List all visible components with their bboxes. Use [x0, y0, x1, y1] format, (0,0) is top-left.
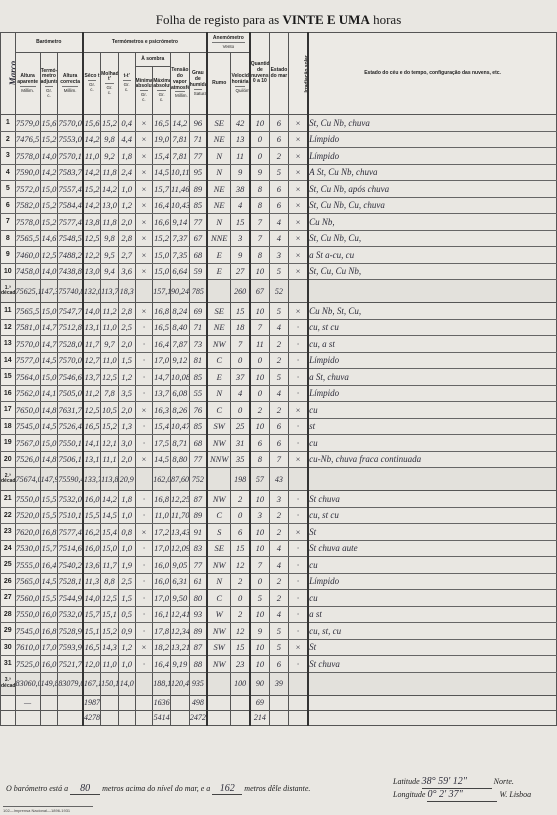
molh-cell: 11,0	[101, 352, 119, 369]
molh-cell: 11,2	[101, 303, 119, 320]
max-sum: 1636	[153, 695, 171, 710]
day-cell: 27	[1, 590, 16, 607]
molh-cell: 11,7	[101, 557, 119, 574]
irr-cell: ×	[288, 115, 308, 132]
diff-cell: 1,5	[118, 352, 135, 369]
hum-total: 785	[189, 280, 207, 303]
term-cell: 14,6	[40, 230, 58, 247]
irr-cell: ·	[288, 557, 308, 574]
seco-cell: 11,7	[83, 336, 101, 353]
term-total: 147,9	[40, 468, 58, 491]
hum-cell: 77	[189, 557, 207, 574]
day-cell: 24	[1, 540, 16, 557]
table-row: 117565,515,07547,714,011,22,8×16,88,2469…	[1, 303, 557, 320]
max-cell: 16,8	[153, 303, 171, 320]
mar-cell: 2	[270, 507, 289, 524]
vel-total: 260	[231, 280, 250, 303]
rumo-cell: C	[207, 507, 231, 524]
vel-sum	[231, 710, 250, 725]
min-cell: ·	[135, 336, 153, 353]
term-cell: 15,2	[40, 197, 58, 214]
tensao-cell: 9,12	[170, 352, 189, 369]
day-cell: 22	[1, 507, 16, 524]
table-row: 177650,014,87631,712,510,52,0×16,38,2676…	[1, 402, 557, 419]
altura-correcta-header: Altura correctaMillim.	[58, 53, 83, 115]
molh-cell: 12,1	[101, 435, 119, 452]
hum-cell: 87	[189, 491, 207, 508]
alt-corr-cell: 7532,0	[58, 606, 83, 623]
tensao-cell: 13,43	[170, 524, 189, 541]
day-cell: 25	[1, 557, 16, 574]
day-cell: 7	[1, 214, 16, 231]
term-cell: 14,8	[40, 451, 58, 468]
diff-cell: 2,0	[118, 214, 135, 231]
term-cell: 16,4	[40, 557, 58, 574]
seco-sum: 1987	[83, 695, 101, 710]
tensao-cell: 7,87	[170, 336, 189, 353]
altura-aparente-header: Altura aparenteMillim.	[15, 53, 40, 115]
mar-cell: 2	[270, 402, 289, 419]
rumo-cell: SE	[207, 303, 231, 320]
desc-cell: cu	[308, 402, 556, 419]
term-cell: 15,5	[40, 491, 58, 508]
hum-cell: 88	[189, 656, 207, 673]
table-row: 307610,017,07593,916,514,31,2×18,213,218…	[1, 639, 557, 656]
irr-total	[288, 672, 308, 695]
decade-label: 3.ª década	[1, 672, 16, 695]
table-row: 187545,014,57526,416,515,21,3·15,410,478…	[1, 418, 557, 435]
mar-cell: 4	[270, 606, 289, 623]
rumo-cell: N	[207, 164, 231, 181]
molh-cell: 9,8	[101, 230, 119, 247]
tensao-cell: 8,40	[170, 319, 189, 336]
min-cell: ×	[135, 639, 153, 656]
rumo-cell: C	[207, 402, 231, 419]
table-row: 197567,015,07550,114,112,13,0·17,58,7168…	[1, 435, 557, 452]
nuv-total: 57	[250, 468, 270, 491]
alt-corr-cell: 7577,4	[58, 524, 83, 541]
desc-total	[308, 672, 556, 695]
min-cell: ×	[135, 263, 153, 280]
rumo-cell: E	[207, 247, 231, 264]
alt-ap-cell: 7476,5	[15, 131, 40, 148]
hum-cell: 96	[189, 115, 207, 132]
tensao-cell: 9,50	[170, 590, 189, 607]
vel-cell: 25	[231, 418, 250, 435]
term-cell: 14,5	[40, 573, 58, 590]
irr-cell: ×	[288, 131, 308, 148]
mar-cell: 4	[270, 385, 289, 402]
alt-ap-cell: 7650,0	[15, 402, 40, 419]
day-cell: 3	[1, 148, 16, 165]
desc-cell: st	[308, 418, 556, 435]
diff-header: t-t'Gr. c.	[118, 53, 135, 115]
molh-cell: 11,8	[101, 214, 119, 231]
vel-cell: 4	[231, 197, 250, 214]
seco-cell: 12,2	[83, 247, 101, 264]
vel-cell: 7	[231, 336, 250, 353]
desc-cell: St, Cu Nb, após chuva	[308, 181, 556, 198]
alt-ap-sum: —	[15, 695, 40, 710]
table-row: 17579,015,67570,015,615,20,4×16,514,296S…	[1, 115, 557, 132]
alt-ap-cell: 7560,0	[15, 590, 40, 607]
term-cell: 12,5	[40, 247, 58, 264]
diff-cell: 1,8	[118, 491, 135, 508]
hum-cell: 87	[189, 639, 207, 656]
seco-cell: 15,5	[83, 507, 101, 524]
rumo-cell: NNW	[207, 451, 231, 468]
vel-cell: 2	[231, 573, 250, 590]
vel-cell: 37	[231, 369, 250, 386]
day-cell: 1	[1, 115, 16, 132]
rumo-cell: C	[207, 590, 231, 607]
alt-corr-cell: 7550,1	[58, 435, 83, 452]
tensao-cell: 6,08	[170, 385, 189, 402]
alt-ap-cell: 7550,0	[15, 606, 40, 623]
max-cell: 17,0	[153, 352, 171, 369]
day-cell: 11	[1, 303, 16, 320]
nuv-cell: 11	[250, 336, 270, 353]
molh-cell: 12,5	[101, 369, 119, 386]
term-cell: 14,1	[40, 385, 58, 402]
term-cell: 15,5	[40, 507, 58, 524]
min-cell: ×	[135, 247, 153, 264]
tensao-cell: 8,80	[170, 451, 189, 468]
sum-row: 427854142472214	[1, 710, 557, 725]
max-total: 157,1	[153, 280, 171, 303]
mar-cell: 5	[270, 639, 289, 656]
max-cell: 17,5	[153, 435, 171, 452]
tensao-cell: 14,2	[170, 115, 189, 132]
irr-cell: ·	[288, 319, 308, 336]
nuv-cell: 8	[250, 451, 270, 468]
diff-cell: 1,0	[118, 181, 135, 198]
alt-ap-cell: 7550,0	[15, 491, 40, 508]
rumo-total	[207, 672, 231, 695]
alt-corr-cell: 7544,9	[58, 590, 83, 607]
irr-cell: ×	[288, 164, 308, 181]
irr-cell: ·	[288, 606, 308, 623]
desc-cell: cu, st cu	[308, 319, 556, 336]
alt-ap-cell: 7590,0	[15, 164, 40, 181]
seco-cell: 12,5	[83, 402, 101, 419]
max-cell: 16,0	[153, 557, 171, 574]
term-cell: 15,6	[40, 115, 58, 132]
alt-corr-cell: 7583,7	[58, 164, 83, 181]
max-cell: 14,7	[153, 369, 171, 386]
day-cell: 6	[1, 197, 16, 214]
rumo-cell: NE	[207, 181, 231, 198]
tensao-header: Tensão do vapor atmosféricoMillim.	[170, 53, 189, 115]
irr-cell: ×	[288, 524, 308, 541]
irr-cell: ·	[288, 369, 308, 386]
alt-ap-total: 75625,15	[15, 280, 40, 303]
min-cell: ×	[135, 164, 153, 181]
irr-total	[288, 468, 308, 491]
irr-cell: ×	[288, 402, 308, 419]
diff-cell: 1,2	[118, 197, 135, 214]
molh-cell: 9,4	[101, 263, 119, 280]
alt-corr-cell: 7514,6	[58, 540, 83, 557]
diff-sum	[118, 695, 135, 710]
seco-cell: 15,2	[83, 181, 101, 198]
rumo-cell: N	[207, 214, 231, 231]
mar-cell: 6	[270, 181, 289, 198]
table-row: 77578,015,27577,413,811,82,0×16,69,1477N…	[1, 214, 557, 231]
rumo-cell: NW	[207, 557, 231, 574]
table-row: 127581,014,77512,813,111,02,5·16,58,4071…	[1, 319, 557, 336]
term-cell: 15,5	[40, 590, 58, 607]
hum-cell: 80	[189, 590, 207, 607]
max-cell: 17,0	[153, 590, 171, 607]
molh-cell: 11,0	[101, 656, 119, 673]
min-cell: ·	[135, 491, 153, 508]
seco-cell: 12,5	[83, 230, 101, 247]
vel-cell: 27	[231, 263, 250, 280]
max-cell: 17,0	[153, 540, 171, 557]
diff-cell: 0,8	[118, 524, 135, 541]
diff-cell: 3,5	[118, 385, 135, 402]
nuv-cell: 7	[250, 319, 270, 336]
max-cell: 15,2	[153, 230, 171, 247]
alt-corr-cell: 7548,5	[58, 230, 83, 247]
seco-cell: 16,0	[83, 491, 101, 508]
tensao-cell: 12,25	[170, 491, 189, 508]
diff-total: 20,9	[118, 468, 135, 491]
min-cell: ·	[135, 623, 153, 640]
term-sum	[40, 710, 58, 725]
alt-corr-cell: 7631,7	[58, 402, 83, 419]
mar-cell: 4	[270, 540, 289, 557]
day-cell: 2	[1, 131, 16, 148]
seco-cell: 11,0	[83, 148, 101, 165]
day-cell: 5	[1, 181, 16, 198]
hum-cell: 67	[189, 230, 207, 247]
page-title: Folha de registo para as VINTE E UMA hor…	[0, 12, 557, 28]
alt-ap-cell: 7525,0	[15, 656, 40, 673]
vel-cell: 9	[231, 247, 250, 264]
hum-cell: 68	[189, 435, 207, 452]
tensao-cell: 9,14	[170, 214, 189, 231]
sombra-header: À sombra	[135, 53, 170, 67]
min-cell: ·	[135, 435, 153, 452]
sum-row: —1987163649869	[1, 695, 557, 710]
printer-imprint: 102—Imprensa Nacional—1896-1931	[3, 806, 93, 813]
molh-cell: 9,2	[101, 148, 119, 165]
tensao-cell: 6,31	[170, 573, 189, 590]
desc-cell: St, Cu, Cu Nb,	[308, 263, 556, 280]
rumo-cell: NW	[207, 491, 231, 508]
nuv-cell: 10	[250, 524, 270, 541]
table-row: 287550,016,07532,015,715,10,5·16,112,419…	[1, 606, 557, 623]
nuv-cell: 10	[250, 115, 270, 132]
hum-cell: 89	[189, 623, 207, 640]
nuv-cell: 5	[250, 590, 270, 607]
desc-cell: a st	[308, 606, 556, 623]
irr-sum	[288, 695, 308, 710]
alt-ap-cell: 7565,5	[15, 303, 40, 320]
seco-total: 132,0	[83, 280, 101, 303]
vel-total: 198	[231, 468, 250, 491]
rumo-total	[207, 280, 231, 303]
vel-cell: 15	[231, 639, 250, 656]
diff-cell: 4,4	[118, 131, 135, 148]
term-cell: 15,0	[40, 303, 58, 320]
desc-cell: St	[308, 524, 556, 541]
vel-cell: 35	[231, 451, 250, 468]
molh-total: 113,7	[101, 280, 119, 303]
mar-cell: 5	[270, 623, 289, 640]
term-cell: 15,0	[40, 369, 58, 386]
tensao-cell: 9,05	[170, 557, 189, 574]
tensao-cell: 7,81	[170, 131, 189, 148]
hum-cell: 89	[189, 507, 207, 524]
alt-corr-cell: 7570,0	[58, 115, 83, 132]
mar-cell: 5	[270, 263, 289, 280]
table-row: 277560,015,57544,914,012,51,5·17,09,5080…	[1, 590, 557, 607]
day-column-header: Março	[1, 33, 16, 115]
min-cell: ×	[135, 524, 153, 541]
diff-cell: 1,3	[118, 418, 135, 435]
mar-cell: 6	[270, 197, 289, 214]
nuv-cell: 6	[250, 435, 270, 452]
tensao-cell: 13,21	[170, 639, 189, 656]
molh-cell: 9,8	[101, 131, 119, 148]
molh-cell: 14,2	[101, 491, 119, 508]
max-cell: 15,0	[153, 263, 171, 280]
alt-ap-cell: 7567,0	[15, 435, 40, 452]
desc-cell: Cu Nb,	[308, 214, 556, 231]
molhado-header: Molhado t'Gr. c.	[101, 53, 119, 115]
term-cell: 16,0	[40, 606, 58, 623]
vel-cell: 0	[231, 352, 250, 369]
term-cell: 14,7	[40, 336, 58, 353]
desc-cell: A St, Cu Nb, chuva	[308, 164, 556, 181]
seco-cell: 13,6	[83, 557, 101, 574]
alt-corr-cell: 7512,8	[58, 319, 83, 336]
diff-cell: 2,8	[118, 303, 135, 320]
mar-total: 52	[270, 280, 289, 303]
alt-ap-cell: 7562,0	[15, 385, 40, 402]
molh-cell: 15,1	[101, 606, 119, 623]
desc-cell: Límpido	[308, 385, 556, 402]
hum-cell: 95	[189, 164, 207, 181]
distance-value: 162	[212, 783, 242, 795]
nuv-cell: 10	[250, 639, 270, 656]
alt-ap-sum	[15, 710, 40, 725]
molh-cell: 14,5	[101, 507, 119, 524]
alt-ap-cell: 7578,0	[15, 148, 40, 165]
molh-cell: 8,8	[101, 573, 119, 590]
rumo-cell: NW	[207, 336, 231, 353]
hum-total: 752	[189, 468, 207, 491]
term-cell: 15,2	[40, 131, 58, 148]
tensao-total: 90,24	[170, 280, 189, 303]
hum-cell: 69	[189, 303, 207, 320]
nuv-cell: 7	[250, 230, 270, 247]
tensao-sum	[170, 710, 189, 725]
desc-cell: cu, a st	[308, 336, 556, 353]
alt-ap-total: 75674,0	[15, 468, 40, 491]
alt-corr-cell: 7488,2	[58, 247, 83, 264]
alt-ap-cell: 7572,0	[15, 181, 40, 198]
irr-cell: ·	[288, 540, 308, 557]
table-row: 57572,015,07557,415,214,21,0×15,711,4689…	[1, 181, 557, 198]
alt-ap-cell: 7577,0	[15, 352, 40, 369]
desc-cell: cu	[308, 435, 556, 452]
vel-cell: 23	[231, 656, 250, 673]
register-body: 17579,015,67570,015,615,20,4×16,514,296S…	[1, 115, 557, 726]
table-row: 237620,016,87577,416,215,40,8×17,213,439…	[1, 524, 557, 541]
alt-ap-cell: 7565,5	[15, 230, 40, 247]
irr-cell: ·	[288, 385, 308, 402]
day-cell: 4	[1, 164, 16, 181]
diff-sum	[118, 710, 135, 725]
table-row: 207526,014,87506,113,111,12,0×14,58,8077…	[1, 451, 557, 468]
rumo-cell: C	[207, 352, 231, 369]
mar-cell: 6	[270, 131, 289, 148]
table-row: 37578,014,07570,111,09,21,8×15,47,8177N1…	[1, 148, 557, 165]
desc-cell: St chuva	[308, 491, 556, 508]
hum-cell: 77	[189, 451, 207, 468]
alt-corr-cell: 7570,0	[58, 352, 83, 369]
alt-ap-cell: 7460,0	[15, 247, 40, 264]
day-cell: 18	[1, 418, 16, 435]
term-cell: 14,7	[40, 319, 58, 336]
alt-corr-cell: 7438,8	[58, 263, 83, 280]
mar-header: Estado do mar	[270, 33, 289, 115]
humidade-header: Grau de humidadeSaturação=100	[189, 53, 207, 115]
desc-total	[308, 280, 556, 303]
min-cell: ×	[135, 115, 153, 132]
tensao-cell: 7,37	[170, 230, 189, 247]
tensao-cell: 9,19	[170, 656, 189, 673]
diff-total: 14,0	[118, 672, 135, 695]
hum-cell: 77	[189, 148, 207, 165]
seco-cell: 15,1	[83, 623, 101, 640]
day-cell: 23	[1, 524, 16, 541]
decade-label: 1.ª década	[1, 280, 16, 303]
day-cell: 13	[1, 336, 16, 353]
vel-cell: 12	[231, 557, 250, 574]
seco-header: Sêco tGr. c.	[83, 53, 101, 115]
max-cell: 14,5	[153, 164, 171, 181]
hum-cell: 85	[189, 197, 207, 214]
vel-cell: 9	[231, 164, 250, 181]
rumo-cell: SW	[207, 639, 231, 656]
term-cell: 14,2	[40, 164, 58, 181]
molh-cell: 11,1	[101, 451, 119, 468]
alt-corr-cell: 7526,4	[58, 418, 83, 435]
rumo-cell: NE	[207, 319, 231, 336]
min-cell: ×	[135, 402, 153, 419]
nuv-cell: 3	[250, 507, 270, 524]
molh-cell: 15,4	[101, 524, 119, 541]
irr-cell: ·	[288, 491, 308, 508]
min-cell: ×	[135, 230, 153, 247]
rumo-cell: W	[207, 606, 231, 623]
table-row: 317525,016,07521,712,011,01,0·16,49,1988…	[1, 656, 557, 673]
hum-cell: 77	[189, 214, 207, 231]
diff-cell: 1,9	[118, 557, 135, 574]
alt-corr-cell: 7521,7	[58, 656, 83, 673]
rumo-cell: S	[207, 524, 231, 541]
alt-ap-cell: 7526,0	[15, 451, 40, 468]
hum-cell: 55	[189, 385, 207, 402]
rumo-cell: NE	[207, 197, 231, 214]
alt-corr-cell: 7577,4	[58, 214, 83, 231]
vel-cell: 0	[231, 590, 250, 607]
